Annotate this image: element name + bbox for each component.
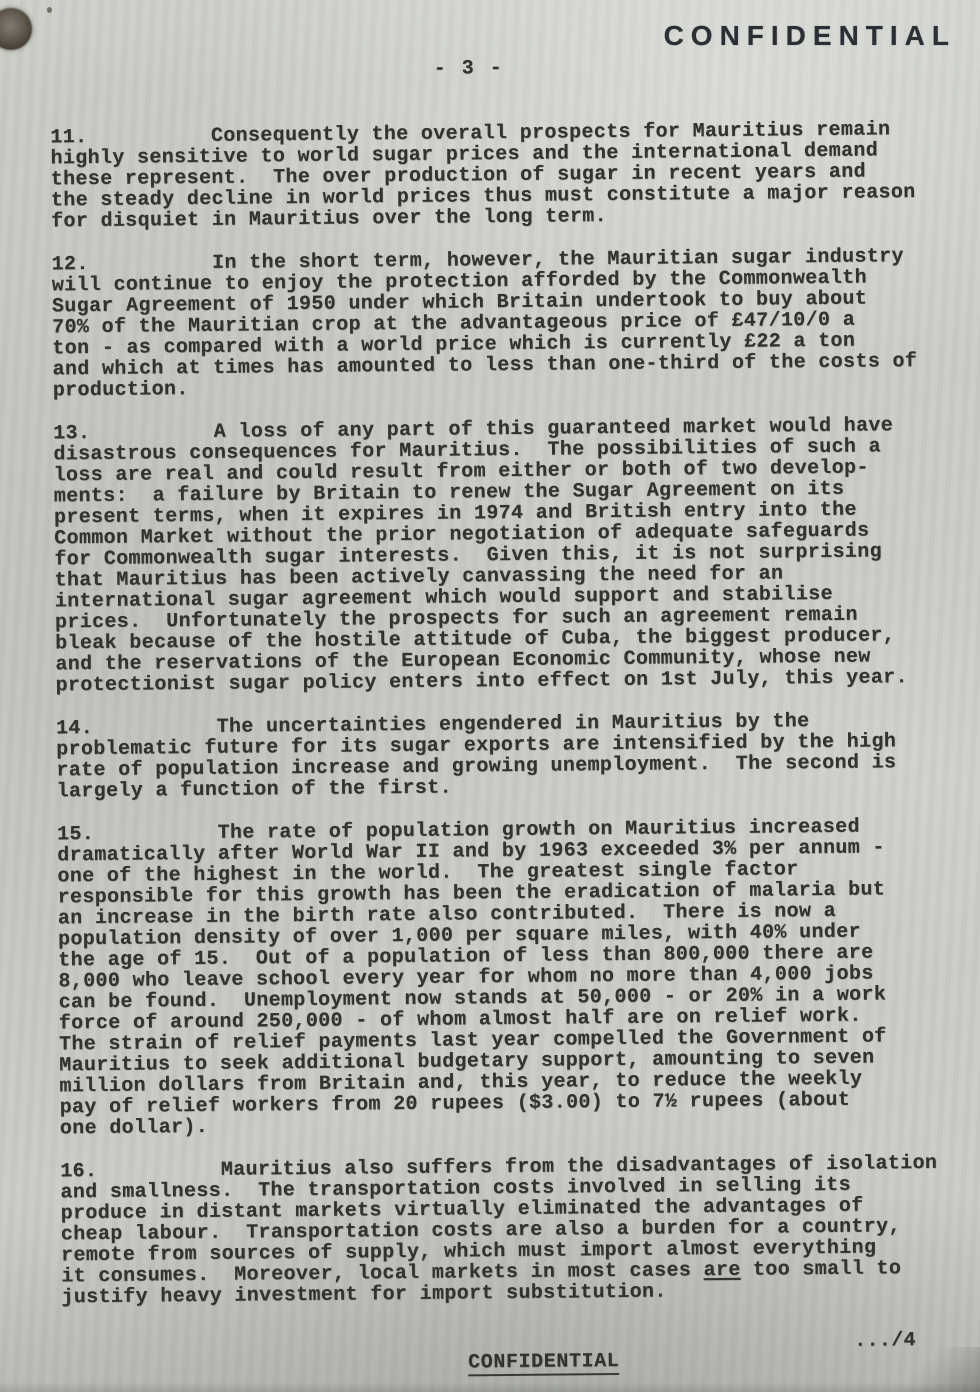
- typed-content: - 3 - 11. Consequently the overall prosp…: [50, 54, 967, 1392]
- hole-punch: [0, 8, 32, 50]
- classification-header: CONFIDENTIAL: [664, 20, 956, 52]
- paragraph: 14. The uncertainties engendered in Maur…: [56, 710, 961, 803]
- paragraph: 12. In the short term, however, the Maur…: [51, 246, 956, 402]
- document-page: CONFIDENTIAL - 3 - 11. Consequently the …: [0, 0, 980, 1392]
- paragraphs: 11. Consequently the overall prospects f…: [50, 119, 965, 1309]
- paragraph: 11. Consequently the overall prospects f…: [50, 119, 955, 233]
- page-edge-shade: [0, 1382, 980, 1392]
- page-number: - 3 -: [17, 54, 921, 84]
- classification-footer: CONFIDENTIAL: [468, 1351, 619, 1376]
- paragraph: 15. The rate of population growth on Mau…: [57, 816, 964, 1140]
- paper-speck: [47, 7, 52, 13]
- paragraph: 16. Mauritius also suffers from the disa…: [60, 1153, 965, 1309]
- paragraph: 13. A loss of any part of this guarantee…: [53, 415, 960, 697]
